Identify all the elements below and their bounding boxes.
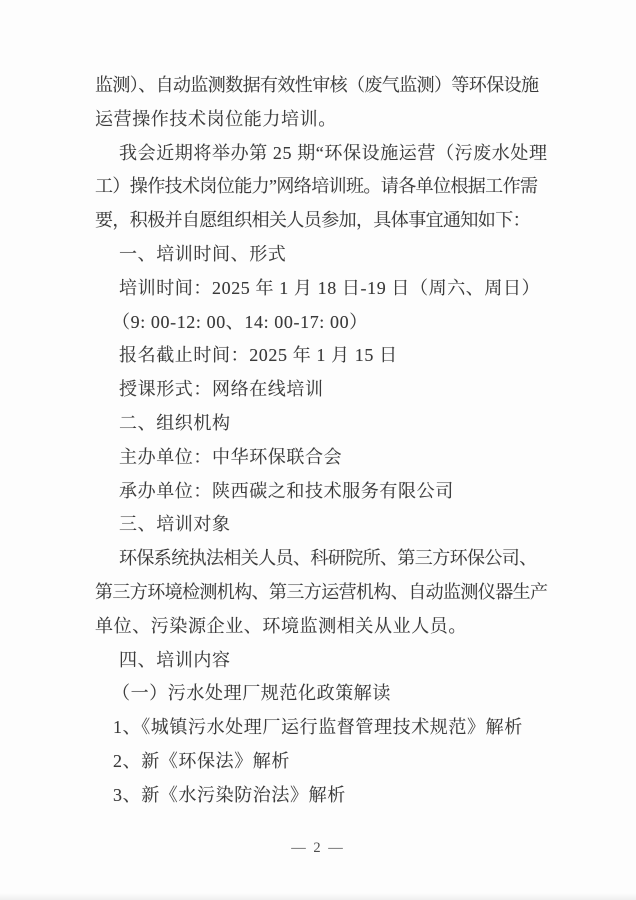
doc-line: 报名截止时间：2025 年 1 月 15 日: [95, 339, 542, 373]
doc-list-item: 1、《城镇污水处理厂运行监督管理技术规范》解析: [95, 711, 542, 745]
doc-section-heading: 三、培训对象: [95, 508, 542, 542]
doc-line: 我会近期将举办第 25 期“环保设施运营（污废水处理: [95, 137, 542, 171]
scan-bottom-edge: [0, 893, 636, 900]
doc-line: 运营操作技术岗位能力培训。: [95, 103, 542, 137]
doc-section-heading: 一、培训时间、形式: [95, 238, 542, 272]
doc-section-heading: 二、组织机构: [95, 407, 542, 441]
doc-list-item: 2、新《环保法》解析: [95, 745, 542, 779]
page-number: — 2 —: [0, 838, 636, 858]
doc-line: 环保系统执法相关人员、科研院所、第三方环保公司、: [95, 542, 542, 576]
doc-subsection-heading: （一）污水处理厂规范化政策解读: [95, 677, 542, 711]
doc-line: 第三方环境检测机构、第三方运营机构、自动监测仪器生产: [95, 576, 542, 610]
doc-line: 工）操作技术岗位能力”网络培训班。请各单位根据工作需: [95, 170, 542, 204]
document-body: 监测）、自动监测数据有效性审核（废气监测）等环保设施 运营操作技术岗位能力培训。…: [95, 69, 542, 813]
doc-list-item: 3、新《水污染防治法》解析: [95, 779, 542, 813]
doc-line: （9: 00-12: 00、14: 00-17: 00）: [95, 306, 542, 340]
doc-line: 监测）、自动监测数据有效性审核（废气监测）等环保设施: [95, 69, 542, 103]
scanned-document-page: 监测）、自动监测数据有效性审核（废气监测）等环保设施 运营操作技术岗位能力培训。…: [0, 0, 636, 900]
doc-line: 承办单位：陕西碳之和技术服务有限公司: [95, 475, 542, 509]
doc-section-heading: 四、培训内容: [95, 644, 542, 678]
doc-line: 单位、污染源企业、环境监测相关从业人员。: [95, 610, 542, 644]
doc-line: 要，积极并自愿组织相关人员参加，具体事宜通知如下：: [95, 204, 542, 238]
doc-line: 授课形式：网络在线培训: [95, 373, 542, 407]
doc-line: 培训时间：2025 年 1 月 18 日-19 日（周六、周日）: [95, 272, 542, 306]
doc-line: 主办单位：中华环保联合会: [95, 441, 542, 475]
